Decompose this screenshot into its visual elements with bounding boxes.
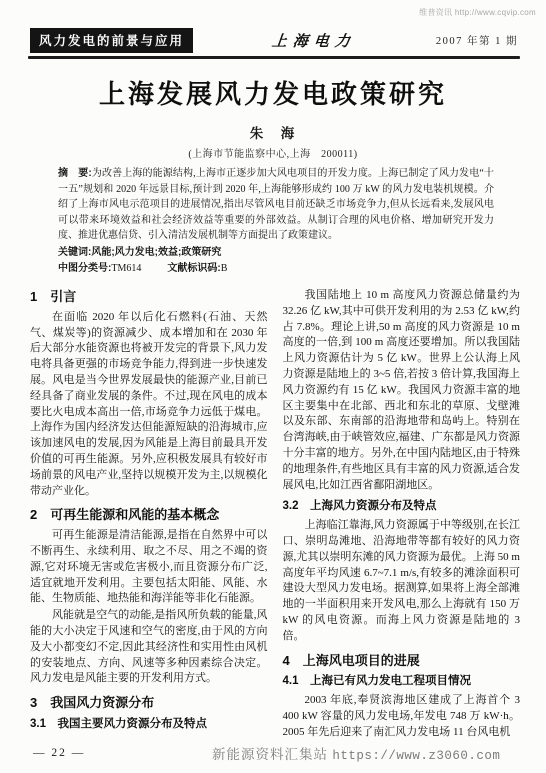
column-label: 风力发电的前景与应用 (30, 28, 193, 53)
page-header: 风力发电的前景与应用 上海电力 2007 年第 1 期 (30, 28, 518, 53)
article-meta: 摘 要:为改善上海的能源结构,上海市正逐步加大风电项目的开发力度。上海已制定了风… (58, 166, 494, 277)
paragraph-shanghai-projects: 2003 年底,奉贤滨海地区建成了上海首个 3 400 kW 容量的风力发电场,… (283, 693, 521, 740)
clc-value: TM614 (111, 263, 141, 274)
section-heading-4: 4 上海风电项目的进展 (283, 653, 521, 669)
site-watermark: 新能源资料汇集站 https://www.z3060.com (212, 743, 500, 763)
section-heading-2: 2 可再生能源和风能的基本概念 (30, 507, 268, 523)
paragraph-wind-energy: 风能就是空气的动能,是指风所负载的能量,风能的大小决定于风速和空气的密度,由于风… (30, 608, 268, 687)
cqvip-scan-watermark: 维普资讯 http://www.cqvip.com (419, 7, 536, 18)
page-number: — 22 — (33, 747, 85, 759)
paragraph-intro: 在面临 2020 年以后化石燃料(石油、天然气、煤炭等)的资源减少、成本增加和在… (30, 310, 268, 500)
section-heading-1: 1 引言 (30, 289, 268, 305)
site-watermark-url: https://www.z3060.com (332, 749, 500, 763)
article-title: 上海发展风力发电政策研究 (0, 74, 546, 111)
doc-code-value: B (221, 263, 228, 274)
paragraph-renewables: 可再生能源是清洁能源,是指在自然界中可以不断再生、永续利用、取之不尽、用之不竭的… (30, 528, 268, 607)
doc-code-label: 文献标识码: (167, 263, 220, 274)
classification-line: 中图分类号:TM614文献标识码:B (58, 261, 494, 277)
keywords-text: 风能;风力发电;效益;政策研究 (91, 247, 221, 258)
paragraph-shanghai-wind-resources: 上海临江靠海,风力资源属于中等级别,在长江口、崇明岛滩地、沿海地带等都有较好的风… (283, 518, 521, 644)
abstract: 摘 要:为改善上海的能源结构,上海市正逐步加大风电项目的开发力度。上海已制定了风… (58, 166, 494, 244)
clc-label: 中图分类号: (58, 263, 111, 274)
journal-name: 上海电力 (271, 30, 357, 51)
author-affiliation: (上海市节能监察中心,上海 200011) (0, 145, 546, 160)
keywords-label: 关键词: (58, 247, 91, 258)
section-heading-4-1: 4.1 上海已有风力发电工程项目情况 (283, 674, 521, 690)
paragraph-china-wind-resources: 我国陆地上 10 m 高度风力资源总储量约为 32.26 亿 kW,其中可供开发… (283, 288, 521, 493)
section-heading-3: 3 我国风力资源分布 (30, 695, 268, 711)
journal-page: 维普资讯 http://www.cqvip.com 风力发电的前景与应用 上海电… (0, 0, 546, 773)
section-heading-3-1: 3.1 我国主要风力资源分布及特点 (30, 717, 268, 733)
site-watermark-name: 新能源资料汇集站 (212, 747, 328, 762)
abstract-text: 为改善上海的能源结构,上海市正逐步加大风电项目的开发力度。上海已制定了风力发电“… (58, 168, 494, 241)
body-columns: 1 引言 在面临 2020 年以后化石燃料(石油、天然气、煤炭等)的资源减少、成… (30, 288, 520, 739)
section-heading-3-2: 3.2 上海风力资源分布及特点 (283, 499, 521, 515)
right-column: 我国陆地上 10 m 高度风力资源总储量约为 32.26 亿 kW,其中可供开发… (283, 288, 521, 739)
issue-label: 2007 年第 1 期 (436, 33, 518, 48)
author-name: 朱 海 (0, 122, 546, 142)
abstract-label: 摘 要: (58, 168, 92, 179)
keywords-line: 关键词:风能;风力发电;效益;政策研究 (58, 245, 494, 261)
header-rule (28, 56, 520, 59)
left-column: 1 引言 在面临 2020 年以后化石燃料(石油、天然气、煤炭等)的资源减少、成… (30, 288, 268, 739)
